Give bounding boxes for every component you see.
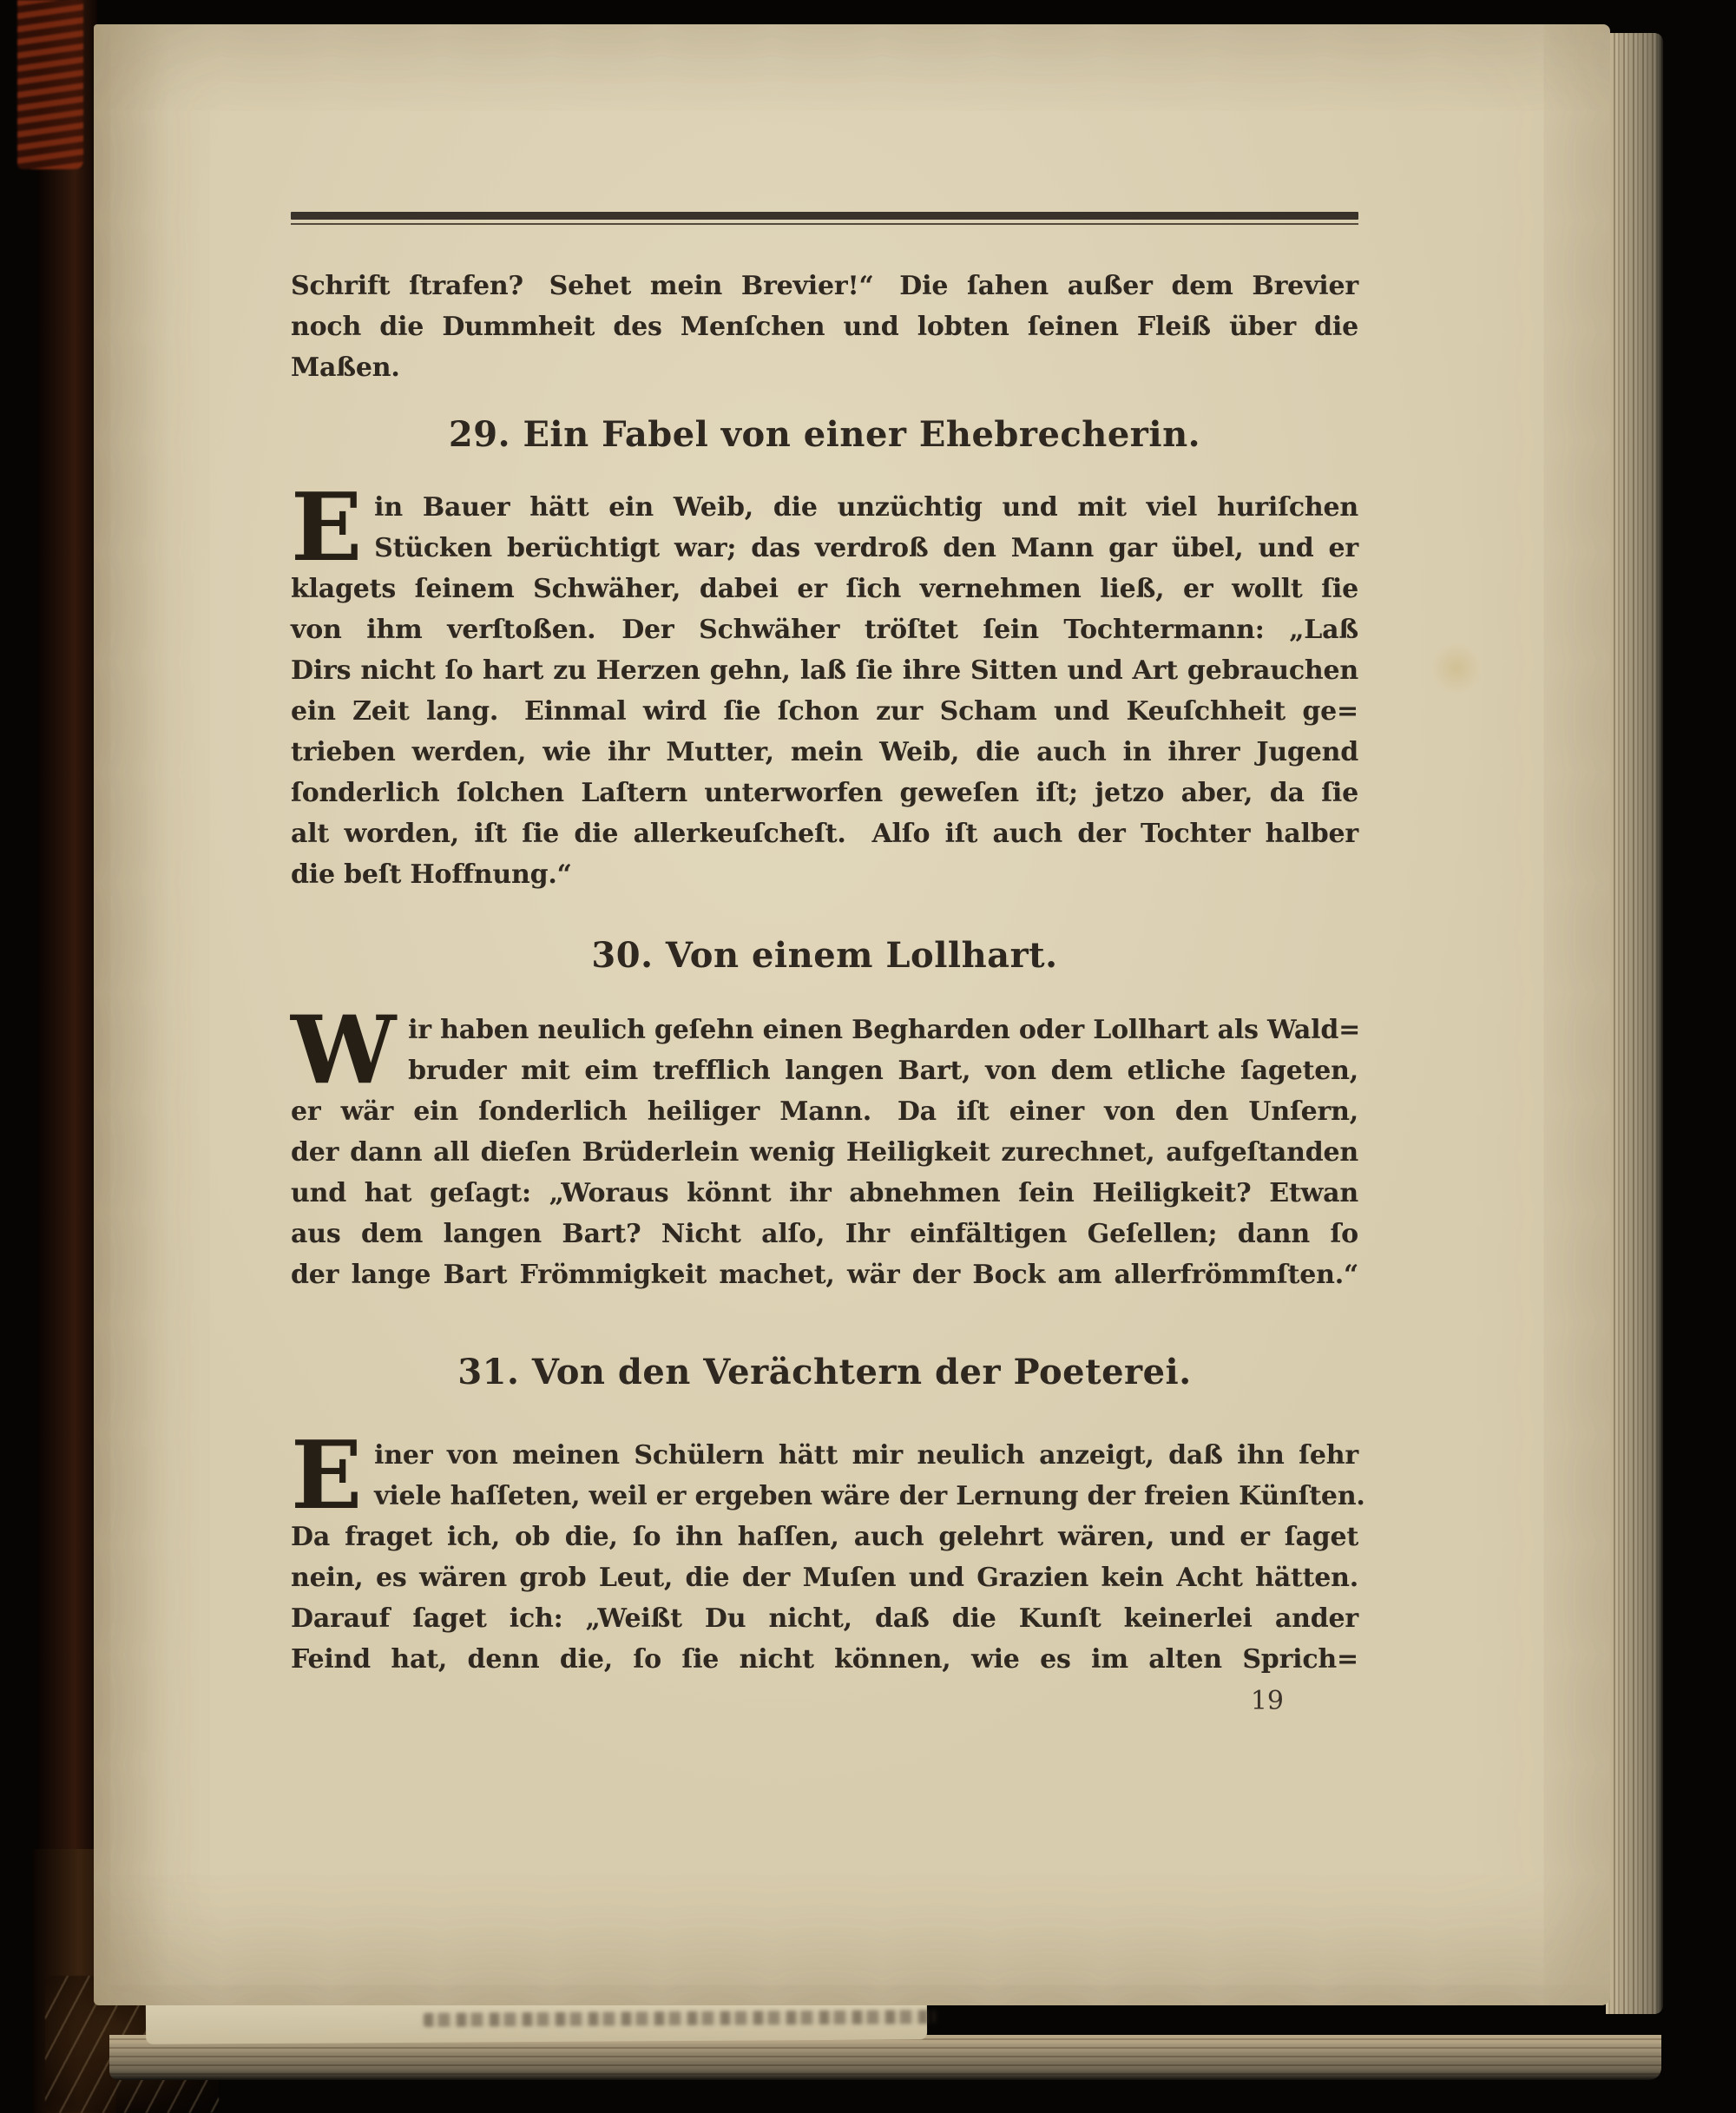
book-page: Schrift ſtrafen? Sehet mein Brevier!“ Di… — [94, 24, 1610, 2005]
section-heading-30: 30. Von einem Lollhart. — [291, 934, 1358, 978]
text-line: der dann all dieſen Brüderlein wenig Hei… — [291, 1132, 1358, 1173]
photo-backdrop: Schrift ſtrafen? Sehet mein Brevier!“ Di… — [0, 0, 1736, 2113]
paragraph-continuation: Schrift ſtrafen? Sehet mein Brevier!“ Di… — [291, 266, 1358, 388]
text-line: die beſt Hoffnung.“ — [291, 854, 1358, 895]
text-line: ſonderlich ſolchen Laſtern unterworfen g… — [291, 773, 1358, 813]
text-line: Stücken berüchtigt war; das verdroß den … — [291, 528, 1358, 569]
text-line: iner von meinen Schülern hätt mir neulic… — [291, 1435, 1358, 1476]
book-spine-leather — [17, 0, 83, 169]
text-line: Da fraget ich, ob die, ſo ihn haſſen, au… — [291, 1517, 1358, 1557]
text-line: trieben werden, wie ihr Mutter, mein Wei… — [291, 732, 1358, 773]
text-line: in Bauer hätt ein Weib, die unzüchtig un… — [291, 487, 1358, 528]
text-line: Dirs nicht ſo hart zu Herzen gehn, laß ſ… — [291, 650, 1358, 691]
drop-cap-initial: E — [291, 487, 374, 569]
protruding-sheet — [146, 1999, 927, 2044]
text-line: er wär ein ſonderlich heiliger Mann. Da … — [291, 1091, 1358, 1132]
text-line: klagets ſeinem Schwäher, dabei er ſich v… — [291, 569, 1358, 609]
section-paragraph-29: E in Bauer hätt ein Weib, die unzüchtig … — [291, 487, 1358, 895]
text-line: und hat geſagt: „Woraus könnt ihr abnehm… — [291, 1173, 1358, 1214]
page-number: 19 — [291, 1681, 1358, 1721]
text-line: noch die Dummheit des Menſchen und lobte… — [291, 306, 1358, 347]
drop-cap-initial: W — [291, 1010, 408, 1091]
rule-thick-line — [291, 212, 1358, 220]
page-block-edge-right — [1606, 33, 1663, 2014]
text-line: von ihm verſtoßen. Der Schwäher tröſtet … — [291, 609, 1358, 650]
section-paragraph-30: W ir haben neulich geſehn einen Begharde… — [291, 1010, 1358, 1295]
drop-cap-initial: E — [291, 1435, 374, 1517]
text-line: Schrift ſtrafen? Sehet mein Brevier!“ Di… — [291, 266, 1358, 306]
book-spine — [38, 0, 97, 2113]
text-line: Maßen. — [291, 347, 1358, 388]
text-line: Feind hat, denn die, ſo ſie nicht können… — [291, 1639, 1358, 1680]
text-line: alt worden, iſt ſie die allerkeuſcheſt. … — [291, 813, 1358, 854]
section-heading-31: 31. Von den Verächtern der Poeterei. — [291, 1351, 1358, 1394]
text-line: ir haben neulich geſehn einen Begharden … — [291, 1010, 1358, 1050]
text-line: nein, es wären grob Leut, die der Muſen … — [291, 1557, 1358, 1598]
double-rule — [291, 212, 1358, 225]
text-line: der lange Bart Frömmigkeit machet, wär d… — [291, 1254, 1358, 1295]
text-line: ein Zeit lang. Einmal wird ſie ſchon zur… — [291, 691, 1358, 732]
section-paragraph-31: E iner von meinen Schülern hätt mir neul… — [291, 1435, 1358, 1680]
illegible-showthrough-text — [424, 2010, 936, 2027]
rule-thin-line — [291, 223, 1358, 225]
text-line: viele haſſeten, weil er ergeben wäre der… — [291, 1476, 1358, 1517]
text-line: bruder mit eim trefflich langen Bart, vo… — [291, 1050, 1358, 1091]
text-line: Darauf ſaget ich: „Weißt Du nicht, daß d… — [291, 1598, 1358, 1639]
section-heading-29: 29. Ein Fabel von einer Ehebrecherin. — [291, 413, 1358, 457]
text-line: aus dem langen Bart? Nicht alſo, Ihr ein… — [291, 1214, 1358, 1254]
